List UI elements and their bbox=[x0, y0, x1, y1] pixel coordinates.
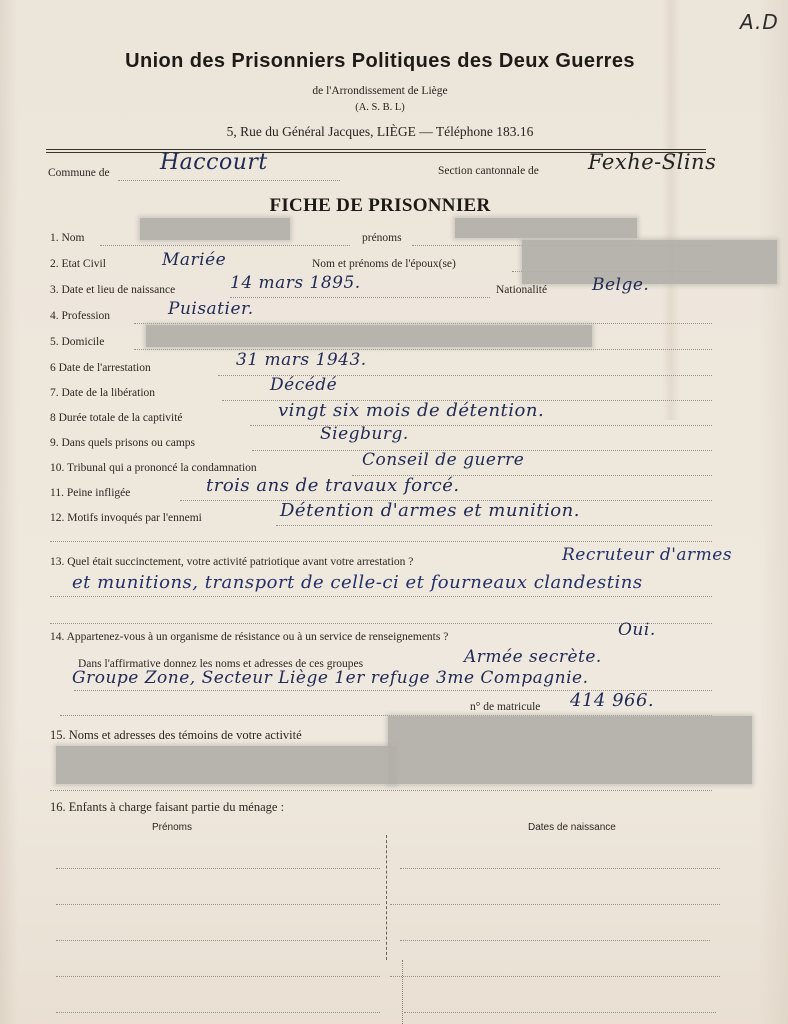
field-4-value: Puisatier. bbox=[168, 299, 254, 319]
field-9-label: 9. Dans quels prisons ou camps bbox=[50, 437, 195, 449]
organization-status: (A. S. B. L) bbox=[0, 102, 760, 113]
field-4-dotline bbox=[134, 323, 712, 324]
redacted-address bbox=[146, 325, 592, 347]
field-14-value: Oui. bbox=[618, 620, 656, 640]
column-divider bbox=[386, 835, 387, 960]
field-2-label: 2. Etat Civil bbox=[50, 258, 106, 270]
field-1-label: 1. Nom bbox=[50, 232, 85, 244]
field-15-dotline bbox=[50, 790, 712, 791]
redacted-first-names bbox=[455, 218, 637, 238]
field-12-label: 12. Motifs invoqués par l'ennemi bbox=[50, 512, 202, 524]
children-row-2-name bbox=[56, 904, 380, 905]
field-14-value-line2: Groupe Zone, Secteur Liège 1er refuge 3m… bbox=[72, 668, 589, 688]
field-12-value: Détention d'armes et munition. bbox=[280, 500, 580, 521]
children-row-3-date bbox=[400, 940, 710, 941]
commune-value: Haccourt bbox=[160, 150, 268, 175]
field-3-sub-value: Belge. bbox=[592, 275, 649, 295]
field-3-value: 14 mars 1895. bbox=[230, 273, 361, 293]
field-1-dotline bbox=[100, 245, 350, 246]
redacted-surname bbox=[140, 218, 290, 240]
corner-annotation: A.D bbox=[740, 10, 779, 34]
children-row-3-name bbox=[56, 940, 380, 941]
children-row-1-date bbox=[400, 868, 720, 869]
children-row-4-date bbox=[390, 976, 720, 977]
section-label: Section cantonnale de bbox=[438, 165, 539, 177]
organization-title: Union des Prisonniers Politiques des Deu… bbox=[0, 50, 760, 73]
field-8-label: 8 Durée totale de la captivité bbox=[50, 412, 183, 424]
children-row-2-date bbox=[390, 904, 720, 905]
prisoner-record-sheet: A.D Union des Prisonniers Politiques des… bbox=[0, 0, 788, 1024]
field-14-label: 14. Appartenez-vous à un organisme de ré… bbox=[50, 631, 448, 643]
matricule-value: 414 966. bbox=[570, 690, 654, 711]
field-13-value-line2: et munitions, transport de celle-ci et f… bbox=[72, 572, 643, 593]
matricule-label: n° de matricule bbox=[470, 701, 540, 713]
field-2-sub-label: Nom et prénoms de l'époux(se) bbox=[312, 258, 456, 270]
field-13-label: 13. Quel était succinctement, votre acti… bbox=[50, 556, 413, 568]
commune-label: Commune de bbox=[48, 167, 110, 179]
organization-subtitle: de l'Arrondissement de Liège bbox=[0, 85, 760, 97]
field-13-dotline bbox=[50, 596, 712, 597]
children-row-5-date bbox=[404, 1012, 716, 1013]
field-7-value: Décédé bbox=[270, 375, 337, 395]
field-6-value: 31 mars 1943. bbox=[236, 350, 367, 370]
field-16-label: 16. Enfants à charge faisant partie du m… bbox=[50, 800, 284, 815]
field-7-label: 7. Date de la libération bbox=[50, 387, 155, 399]
children-row-5-name bbox=[56, 1012, 380, 1013]
section-value: Fexhe-Slins bbox=[588, 150, 716, 174]
commune-dotline bbox=[118, 180, 340, 181]
field-4-label: 4. Profession bbox=[50, 310, 110, 322]
field-10-value: Conseil de guerre bbox=[362, 450, 524, 470]
redacted-witnesses-right bbox=[388, 716, 752, 784]
field-5-dotline bbox=[134, 349, 712, 350]
field-5-label: 5. Domicile bbox=[50, 336, 104, 348]
field-3-dotline bbox=[230, 297, 490, 298]
field-11-label: 11. Peine infligée bbox=[50, 487, 130, 499]
organization-address: 5, Rue du Général Jacques, LIÈGE — Télép… bbox=[0, 124, 760, 140]
children-row-4-name bbox=[56, 976, 380, 977]
field-13-dotline-2 bbox=[50, 623, 712, 624]
redacted-witnesses-left bbox=[56, 746, 396, 784]
separator-dotline bbox=[50, 541, 712, 542]
field-2-value: Mariée bbox=[162, 250, 226, 270]
field-12-dotline bbox=[276, 525, 712, 526]
form-title: FICHE DE PRISONNIER bbox=[0, 195, 760, 217]
redacted-spouse-name bbox=[522, 240, 777, 284]
field-3-sub-label: Nationalité bbox=[496, 284, 547, 296]
field-8-value: vingt six mois de détention. bbox=[278, 400, 544, 421]
column-header-first-names: Prénoms bbox=[152, 822, 192, 833]
field-6-label: 6 Date de l'arrestation bbox=[50, 362, 151, 374]
field-9-value: Siegburg. bbox=[320, 424, 409, 444]
field-1-sub-label: prénoms bbox=[362, 232, 402, 244]
field-14-sub-value: Armée secrète. bbox=[464, 647, 602, 667]
column-header-birth-dates: Dates de naissance bbox=[528, 822, 616, 833]
column-divider-lower bbox=[402, 960, 403, 1024]
field-10-label: 10. Tribunal qui a prononcé la condamnat… bbox=[50, 462, 257, 474]
field-15-label: 15. Noms et adresses des témoins de votr… bbox=[50, 728, 302, 743]
field-3-label: 3. Date et lieu de naissance bbox=[50, 284, 175, 296]
children-row-1-name bbox=[56, 868, 380, 869]
field-13-value-line1: Recruteur d'armes bbox=[562, 545, 732, 565]
field-11-value: trois ans de travaux forcé. bbox=[206, 475, 460, 496]
